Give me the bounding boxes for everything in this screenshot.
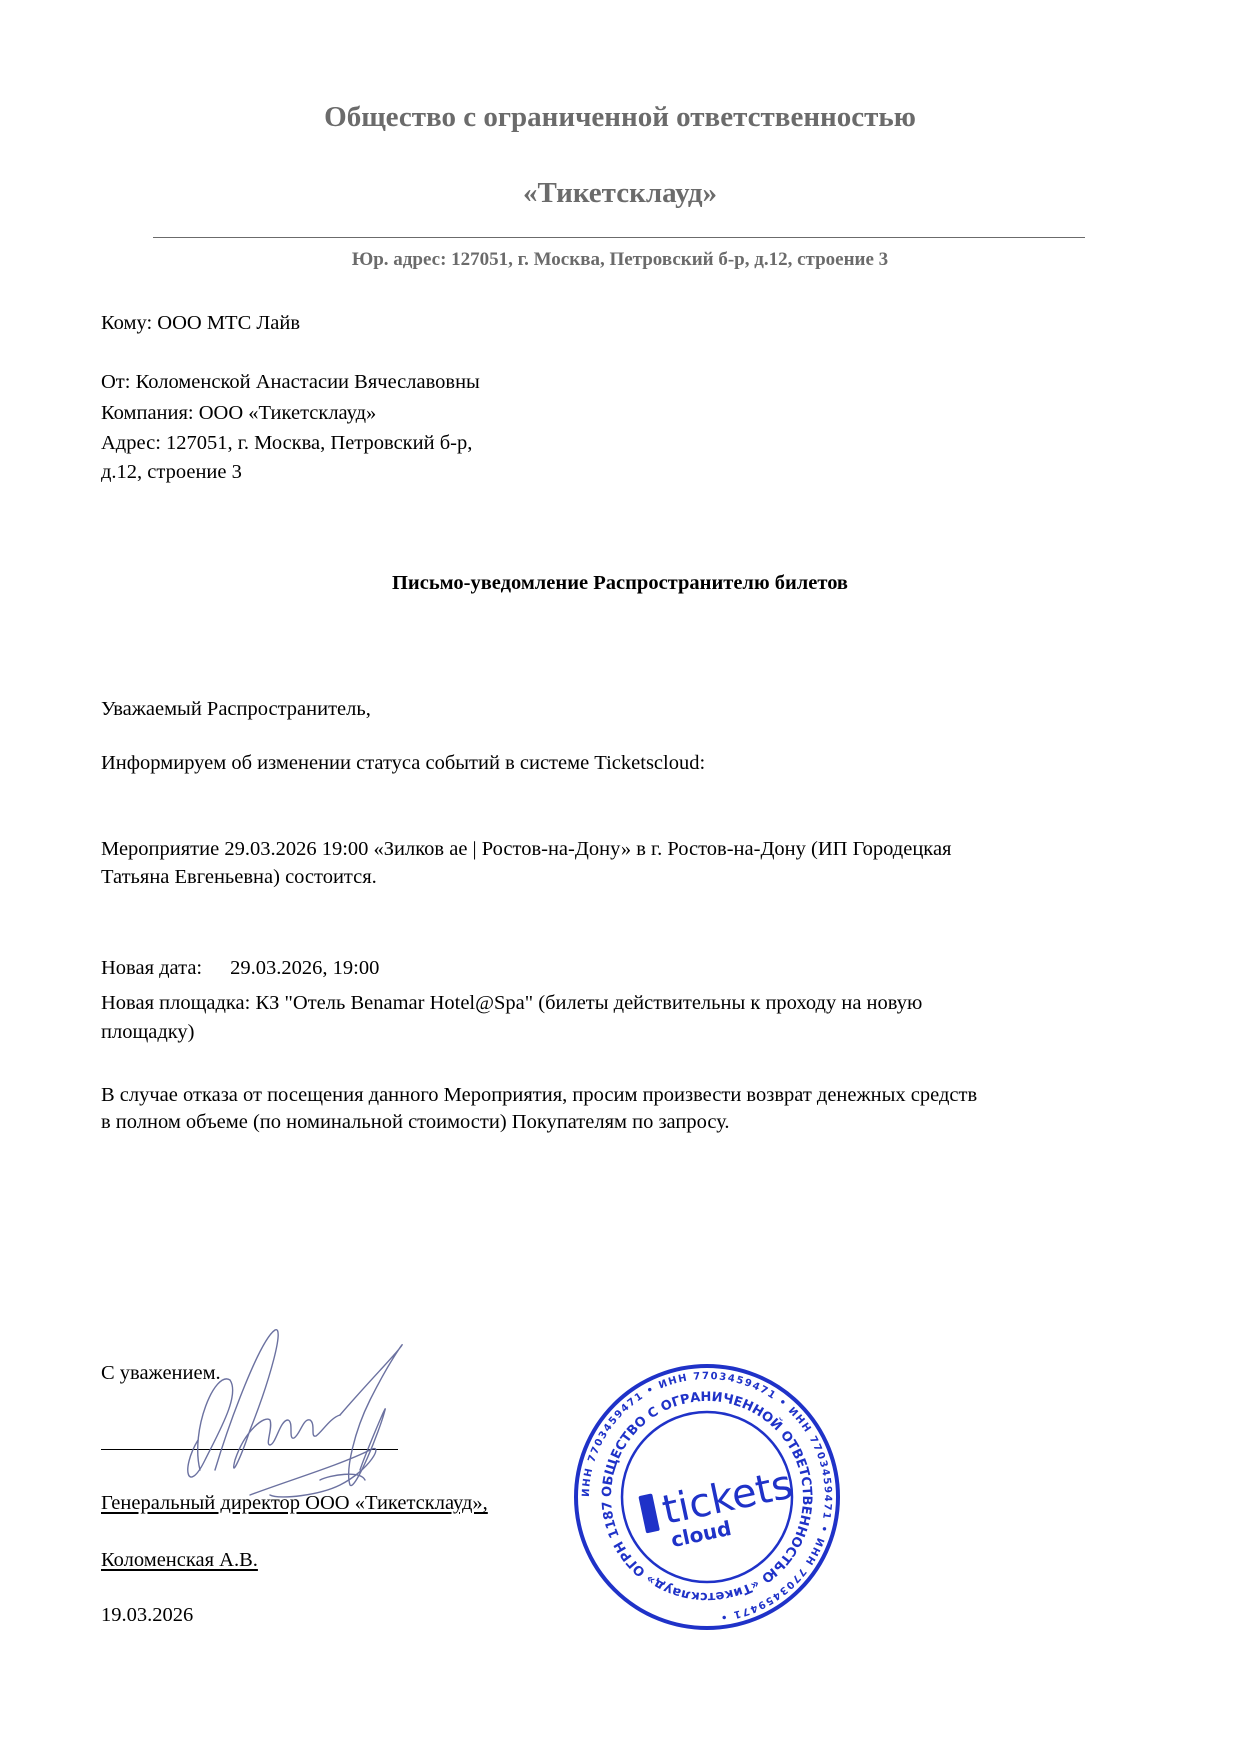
new-date-row: Новая дата:29.03.2026, 19:00 — [101, 954, 379, 982]
sender-address-line1: Адрес: 127051, г. Москва, Петровский б-р… — [101, 429, 472, 457]
new-date-value: 29.03.2026, 19:00 — [230, 957, 379, 979]
new-venue-line1: Новая площадка: КЗ "Отель Benamar Hotel@… — [101, 989, 922, 1017]
header-divider — [153, 237, 1085, 238]
legal-address: Юр. адрес: 127051, г. Москва, Петровский… — [0, 248, 1240, 272]
org-name-line1: Общество с ограниченной ответственностью — [0, 99, 1240, 135]
document-title: Письмо-уведомление Распространителю биле… — [0, 569, 1240, 597]
org-name-line2: «Тикетсклауд» — [0, 175, 1240, 211]
sender-company: Компания: ООО «Тикетсклауд» — [101, 399, 376, 427]
greeting: Уважаемый Распространитель, — [101, 695, 371, 723]
refund-text-line1: В случае отказа от посещения данного Мер… — [101, 1081, 977, 1109]
event-text-line1: Мероприятие 29.03.2026 19:00 «Зилков ае … — [101, 835, 951, 863]
sender: От: Коломенской Анастасии Вячеславовны — [101, 368, 480, 396]
new-venue-line2: площадку) — [101, 1018, 195, 1046]
refund-text-line2: в полном объеме (по номинальной стоимост… — [101, 1108, 730, 1136]
recipient: Кому: ООО МТС Лайв — [101, 309, 300, 337]
intro-text: Информируем об изменении статуса событий… — [101, 749, 705, 777]
company-stamp-icon: ИНН 7703459471 • ИНН 7703459471 • ИНН 77… — [567, 1357, 847, 1637]
sender-address-line2: д.12, строение 3 — [101, 458, 242, 486]
handwritten-signature-icon — [170, 1320, 430, 1520]
new-date-label: Новая дата: — [101, 957, 202, 979]
signatory-name: Коломенская А.В. — [101, 1546, 258, 1574]
letter-date: 19.03.2026 — [101, 1601, 193, 1629]
event-text-line2: Татьяна Евгеньевна) состоится. — [101, 863, 377, 891]
